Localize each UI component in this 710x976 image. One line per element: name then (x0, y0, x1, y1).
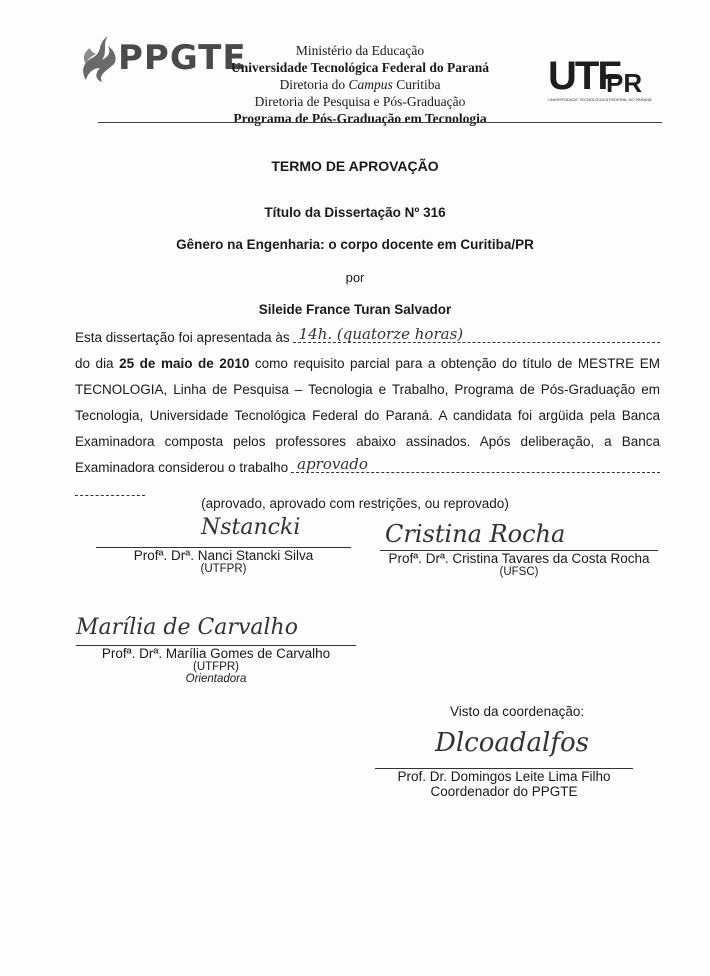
signer-role-3: Orientadora (76, 673, 356, 685)
header-campus-prefix: Diretoria do (280, 77, 346, 92)
signature-scrawl-1: Nstancki (96, 515, 351, 547)
signer-name-2: Profª. Drª. Cristina Tavares da Costa Ro… (380, 551, 658, 566)
utfpr-logo-subtitle: UNIVERSIDADE TECNOLÓGICA FEDERAL DO PARA… (548, 97, 652, 102)
dissertation-title: Gênero na Engenharia: o corpo docente em… (0, 237, 710, 252)
utfpr-logo: UTF PR UNIVERSIDADE TECNOLÓGICA FEDERAL … (548, 56, 663, 104)
signer-institution-2: (UFSC) (380, 566, 658, 578)
header-ministry: Ministério da Educação (230, 42, 490, 59)
signer-institution-3: (UTFPR) (76, 661, 356, 673)
ppgte-logo: PPGTE (78, 34, 228, 86)
body-line-2: do dia 25 de maio de 2010 como requisito… (75, 351, 660, 377)
signature-block-1: Nstancki Profª. Drª. Nanci Stancki Silva… (96, 515, 351, 575)
body-line-2-suffix: como requisito parcial para a obtenção d… (255, 356, 660, 371)
body-line-4: Tecnologia, Universidade Tecnológica Fed… (75, 403, 660, 429)
body-line-1-text: Esta dissertação foi apresentada às (75, 325, 290, 351)
header-directorate: Diretoria de Pesquisa e Pós-Graduação (230, 93, 490, 110)
dissertation-number: Título da Dissertação Nº 316 (0, 205, 710, 220)
institution-header: Ministério da Educação Universidade Tecn… (230, 42, 490, 127)
coordination-label: Visto da coordenação: (450, 704, 584, 719)
header-campus-city: Curitiba (396, 77, 440, 92)
flame-icon (78, 34, 122, 84)
ppgte-logo-text: PPGTE (118, 38, 247, 78)
coordinator-role: Coordenador do PPGTE (375, 784, 633, 799)
signature-block-2: Cristina Rocha Profª. Drª. Cristina Tava… (380, 520, 658, 578)
result-field-continuation (75, 481, 145, 496)
body-line-2-prefix: do dia (75, 356, 114, 371)
signature-scrawl-2: Cristina Rocha (380, 520, 658, 550)
header-university: Universidade Tecnológica Federal do Para… (230, 59, 490, 76)
body-line-6-text: Examinadora considerou o trabalho (75, 455, 288, 481)
body-line-7 (75, 481, 660, 496)
coordination-scrawl: Dlcoadalfos (375, 728, 633, 768)
defense-date: 25 de maio de 2010 (119, 356, 249, 371)
header-campus-word: Campus (349, 77, 393, 92)
coordination-signature-block: Dlcoadalfos Prof. Dr. Domingos Leite Lim… (375, 728, 633, 799)
signer-name-1: Profª. Drª. Nanci Stancki Silva (96, 548, 351, 563)
by-label: por (0, 270, 710, 285)
signer-name-3: Profª. Drª. Marília Gomes de Carvalho (76, 646, 356, 661)
document-title: TERMO DE APROVAÇÃO (0, 158, 710, 174)
time-field: 14h. (quatorze horas) (293, 325, 660, 343)
body-line-6: Examinadora considerou o trabalho aprova… (75, 455, 660, 481)
author-name: Sileide France Turan Salvador (0, 302, 710, 317)
body-line-1: Esta dissertação foi apresentada às 14h.… (75, 325, 660, 351)
time-handwritten: 14h. (quatorze horas) (299, 321, 463, 347)
result-handwritten: aprovado (297, 451, 368, 477)
header-program: Programa de Pós-Graduação em Tecnologia (230, 110, 490, 127)
utfpr-logo-pr: PR (606, 70, 642, 96)
signer-institution-1: (UTFPR) (96, 563, 351, 575)
body-line-3: TECNOLOGIA, Linha de Pesquisa – Tecnolog… (75, 377, 660, 403)
signature-scrawl-3: Marília de Carvalho (76, 615, 356, 645)
coordinator-name: Prof. Dr. Domingos Leite Lima Filho (375, 769, 633, 784)
approval-body: Esta dissertação foi apresentada às 14h.… (75, 325, 660, 496)
result-options-note: (aprovado, aprovado com restrições, ou r… (0, 496, 710, 511)
result-field: aprovado (291, 455, 660, 473)
header-campus: Diretoria do Campus Curitiba (230, 76, 490, 93)
header-divider (98, 122, 662, 123)
signature-block-3: Marília de Carvalho Profª. Drª. Marília … (76, 615, 356, 685)
